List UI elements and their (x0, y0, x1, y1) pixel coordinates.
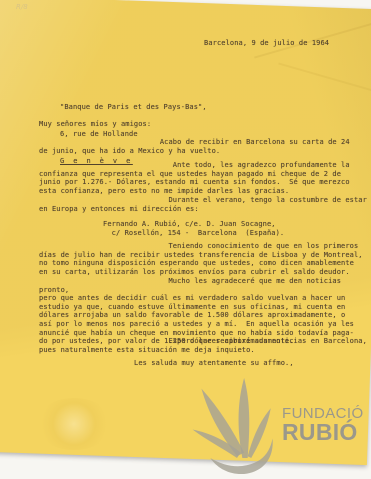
watermark-text: FUNDACIÓ RUBIÓ (282, 406, 364, 443)
embossed-seal (35, 398, 113, 450)
paragraph-1: Acabo de recibir en Barcelona su carta d… (39, 138, 350, 155)
paragraph-3: Durante el verano, tengo la costumbre de… (39, 196, 367, 213)
watermark-rubio: RUBIÓ (282, 422, 364, 443)
fundacio-rubio-watermark: FUNDACIÓ RUBIÓ (190, 378, 371, 474)
letter-content: R/8 Barcelona, 9 de julio de 1964 "Banqu… (0, 0, 371, 479)
sender-address: Fernando A. Rubió, c/e. D. Juan Socagne,… (103, 220, 284, 238)
pencil-annotation: R/8 (16, 3, 28, 11)
paragraph-4: Teniendo conocimiento de que en los prim… (39, 242, 363, 276)
leaf-icon (190, 378, 284, 474)
paragraph-5: Mucho les agradeceré que me den noticias… (39, 277, 371, 346)
recipient-line-1: "Banque de Paris et des Pays-Bas", (60, 103, 207, 112)
paragraph-6: Espero que recibiré sus noticias en Barc… (39, 337, 367, 354)
paragraph-2: Ante todo, les agradezco profundamente l… (39, 161, 350, 195)
scanned-letter-view: R/8 Barcelona, 9 de julio de 1964 "Banqu… (0, 0, 371, 479)
salutation: Muy señores míos y amigos: (39, 120, 151, 129)
closing-line: Les saluda muy atentamente su affmo., (134, 359, 294, 368)
date-line: Barcelona, 9 de julio de 1964 (204, 39, 329, 48)
